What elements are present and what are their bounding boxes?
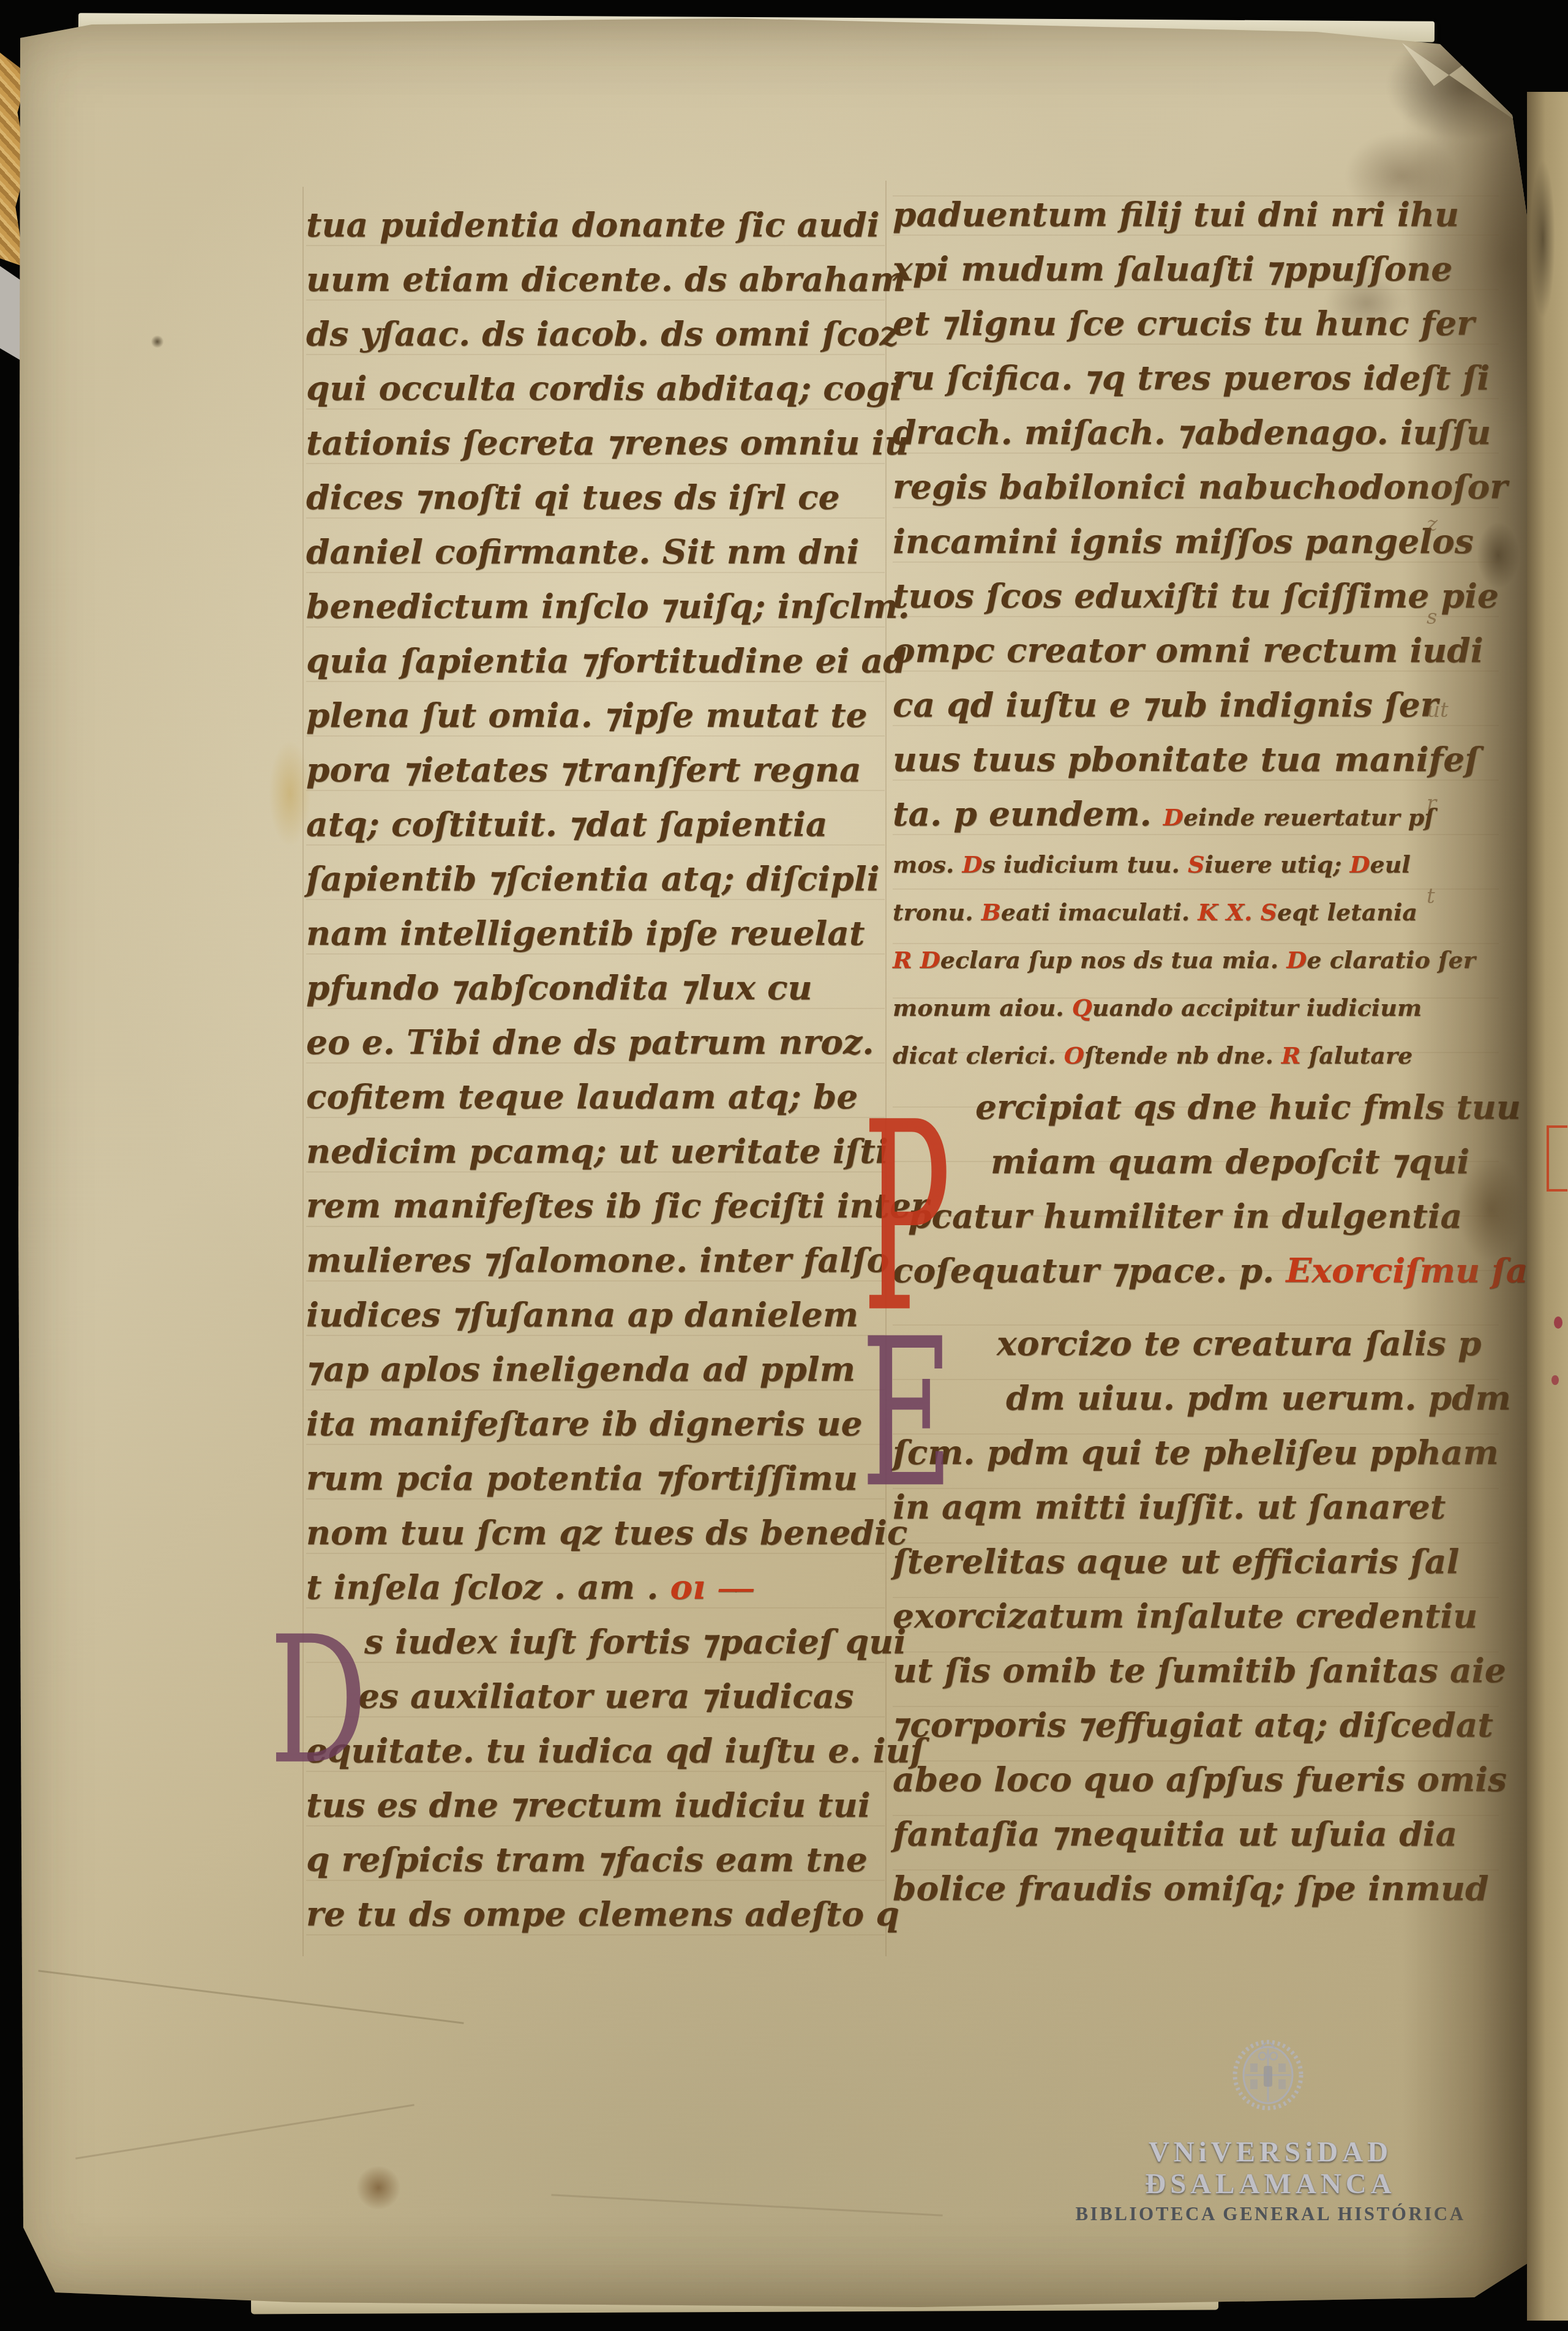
rubric-text: K X. S (1198, 898, 1277, 926)
ink-text: nam intelligentib ipſe reuelat (306, 913, 865, 953)
manuscript-line: ⁊ap aplos ineligenda ad pplm (306, 1342, 885, 1396)
manuscript-line: es auxiliator uera ⁊iudicas (358, 1668, 885, 1723)
ink-text: dm uiuu. pdm uerum. pdm (1006, 1378, 1511, 1417)
ink-text: ta. p eundem. (893, 794, 1163, 833)
parchment-crease (75, 2104, 415, 2160)
stain-bottom-left (354, 2166, 403, 2209)
ink-text: s iudex iuſt fortis ⁊pacieſ qui (364, 1621, 906, 1661)
ink-text: dices ⁊noſti qi tues ds iſrl ce (306, 477, 840, 517)
photo-background: tua puidentia donante ſic audiuum etiam … (0, 0, 1568, 2331)
manuscript-line: rem manifeſtes ib ſic feciſti inter (306, 1178, 885, 1233)
ink-text: et ⁊lignu ſce crucis tu hunc fer (893, 303, 1474, 343)
manuscript-line: pora ⁊ietates ⁊tranſfert regna (306, 742, 885, 797)
manuscript-line: in aqm mitti iuſſit. ut ſanaret (893, 1479, 1499, 1534)
rubric-text: Q (1072, 994, 1092, 1021)
manuscript-line: iudices ⁊ſuſanna ap danielem (306, 1287, 885, 1342)
ink-text: abeo loco quo aſpſus fueris omis (893, 1759, 1507, 1799)
ink-text: ca qd iuſtu e ⁊ub indignis ſer (893, 685, 1438, 724)
ink-text: eul (1370, 850, 1411, 878)
ink-text: qui occulta cordis abditaq; cogi (306, 368, 902, 408)
manuscript-line: regis babilonici nabuchodonoſor (893, 459, 1499, 514)
manuscript-line: incamini ignis miſſos pangelos (893, 514, 1499, 568)
ink-text: nedicim pcamq; ut ueritate iſti (306, 1131, 888, 1171)
ink-text: coſequatur ⁊pace. p. (893, 1250, 1286, 1290)
ink-text: quia ſapientia ⁊fortitudine ei ad (306, 640, 907, 680)
ink-text: eclara ſup nos ds tua mia. (940, 946, 1287, 974)
ink-text: ompc creator omni rectum iudi (893, 630, 1484, 670)
manuscript-line: mos. Ds iudicium tuu. Siuere utiq; Deul (893, 841, 1499, 888)
ink-text: paduentum filij tui dni nri ihu (893, 194, 1459, 234)
manuscript-line: nom tuu ſcm qz tues ds benedic (306, 1505, 885, 1560)
ink-text: pora ⁊ietates ⁊tranſfert regna (306, 749, 861, 789)
parchment-crease (38, 1970, 463, 2024)
manuscript-line: rum pcia potentia ⁊fortiſſimu (306, 1451, 885, 1505)
manuscript-line: s iudex iuſt fortis ⁊pacieſ qui (364, 1614, 885, 1668)
ink-text: in aqm mitti iuſſit. ut ſanaret (893, 1487, 1446, 1526)
ink-text: iuere utiq; (1204, 850, 1349, 878)
adjacent-page-red-initial (1547, 1125, 1567, 1192)
manuscript-line: mulieres ⁊ſalomone. inter falſo (306, 1233, 885, 1287)
manuscript-line: exorcizatum inſalute credentiu (893, 1588, 1499, 1643)
ink-text: ſapientib ⁊ſcientia atq; diſcipli (306, 858, 879, 898)
ink-text: dicat clerici. (893, 1042, 1064, 1069)
ink-text: q reſpicis tram ⁊facis eam tne (306, 1839, 868, 1879)
manuscript-line: tus es dne ⁊rectum iudiciu tui (306, 1777, 885, 1832)
ink-text: xpi mudum ſaluaſti ⁊ppuſſone (893, 249, 1452, 288)
rubric-text: R (893, 946, 920, 974)
ink-text: miam quam depoſcit ⁊qui (991, 1141, 1469, 1181)
manuscript-line: ut ſis omib te ſumitib ſanitas aie (893, 1643, 1499, 1697)
ink-text: plena ſut omia. ⁊ipſe mutat te (306, 695, 868, 735)
manuscript-line: atq; coſtituit. ⁊dat ſapientia (306, 797, 885, 851)
ink-text: pfundo ⁊abſcondita ⁊lux cu (306, 967, 812, 1007)
ink-text: uando accipitur iudicium (1092, 994, 1422, 1021)
rubric-text: Exorciſmu ſal. (1286, 1250, 1552, 1290)
ink-text: ſalutare (1300, 1042, 1412, 1069)
ink-text: rum pcia potentia ⁊fortiſſimu (306, 1458, 858, 1498)
adjacent-page-red-mark (1554, 1316, 1562, 1329)
manuscript-line: tua puidentia donante ſic audi (306, 197, 885, 252)
ink-text: atq; coſtituit. ⁊dat ſapientia (306, 804, 828, 844)
ink-text: incamini ignis miſſos pangelos (893, 521, 1474, 561)
ink-text: equitate. tu iudica qd iuſtu e. iuſ (306, 1730, 925, 1770)
manuscript-line: ds yſaac. ds iacob. ds omni ſcoz (306, 306, 885, 361)
manuscript-line: xorcizo te creatura ſalis p (997, 1316, 1499, 1370)
university-seal-icon (1232, 2039, 1304, 2111)
ink-text: cofitem teque laudam atq; be (306, 1076, 858, 1116)
ink-text: exorcizatum inſalute credentiu (893, 1596, 1477, 1635)
rubric-text: S (1188, 850, 1204, 878)
manuscript-line: dm uiuu. pdm uerum. pdm (1006, 1370, 1499, 1425)
manuscript-line: quia ſapientia ⁊fortitudine ei ad (306, 633, 885, 688)
stain-small-dot (151, 336, 164, 348)
folded-corner (1397, 36, 1520, 127)
manuscript-line: ſterelitas aque ut efficiaris ſal (893, 1534, 1499, 1588)
manuscript-line: uus tuus pbonitate tua manifeſ (893, 732, 1499, 786)
ink-text: fantaſia ⁊nequitia ut uſuia dia (893, 1814, 1457, 1853)
ink-text: benedictum inſclo ⁊uiſq; inſclm. (306, 586, 910, 626)
manuscript-line: plena ſut omia. ⁊ipſe mutat te (306, 688, 885, 742)
manuscript-line: ſcm. pdm qui te pheliſeu ppham (893, 1425, 1499, 1479)
ink-text: ut ſis omib te ſumitib ſanitas aie (893, 1650, 1506, 1690)
ink-text: nom tuu ſcm qz tues ds benedic (306, 1512, 907, 1552)
rubric-text: D (1163, 803, 1184, 831)
manuscript-line: bolice fraudis omiſq; ſpe inmud (893, 1861, 1499, 1915)
manuscript-line: nam intelligentib ipſe reuelat (306, 906, 885, 960)
ink-text: uum etiam dicente. ds abraham (306, 259, 906, 299)
manuscript-line: monum aiou. Quando accipitur iudicium (893, 984, 1499, 1032)
manuscript-line: equitate. tu iudica qd iuſtu e. iuſ (306, 1723, 885, 1777)
adjacent-page-red-mark (1551, 1375, 1559, 1385)
ink-text: ⁊corporis ⁊effugiat atq; diſcedat (893, 1705, 1493, 1744)
manuscript-line: ſapientib ⁊ſcientia atq; diſcipli (306, 851, 885, 906)
manuscript-line: xpi mudum ſaluaſti ⁊ppuſſone (893, 241, 1499, 296)
manuscript-line: R Declara ſup nos ds tua mia. De clarati… (893, 936, 1499, 984)
manuscript-line: benedictum inſclo ⁊uiſq; inſclm. (306, 579, 885, 633)
manuscript-line: miam quam depoſcit ⁊qui (991, 1134, 1499, 1188)
adjacent-page-edge (1527, 92, 1568, 2321)
ink-text: tus es dne ⁊rectum iudiciu tui (306, 1785, 871, 1825)
manuscript-line: uum etiam dicente. ds abraham (306, 252, 885, 306)
margin-ink-traces: z s ut r t (1427, 478, 1449, 943)
manuscript-line: ercipiat qs dne huic fmls tuu (975, 1079, 1499, 1134)
ink-text: ⁊ap aplos ineligenda ad pplm (306, 1349, 855, 1389)
ink-text: eati imaculati. (1001, 898, 1198, 926)
ink-text: uus tuus pbonitate tua manifeſ (893, 739, 1479, 779)
manuscript-line: cofitem teque laudam atq; be (306, 1069, 885, 1124)
manuscript-line: et ⁊lignu ſce crucis tu hunc fer (893, 296, 1499, 350)
ink-text: s iudicium tuu. (982, 850, 1188, 878)
adjacent-page-stain (1531, 159, 1555, 318)
manuscript-line: t inſela ſcloz . am . oı ⎯⎯ (306, 1560, 885, 1614)
ink-text: e claratio ſer (1307, 946, 1475, 974)
ink-text: einde reuertatur pſ (1184, 803, 1435, 831)
ink-text: drach. miſach. ⁊abdenago. iuſſu (893, 412, 1491, 452)
manuscript-page: tua puidentia donante ſic audiuum etiam … (0, 0, 1568, 2331)
ink-text: iudices ⁊ſuſanna ap danielem (306, 1294, 858, 1334)
manuscript-line: paduentum filij tui dni nri ihu (893, 187, 1499, 241)
manuscript-line: ta. p eundem. Deinde reuertatur pſ (893, 786, 1499, 841)
manuscript-line: pcatur humiliter in dulgentia (908, 1188, 1499, 1243)
ink-text: bolice fraudis omiſq; ſpe inmud (893, 1868, 1488, 1908)
ink-text: tuos ſcos eduxiſti tu ſciſſime pie (893, 576, 1499, 615)
manuscript-line: ita manifeſtare ib digneris ue (306, 1396, 885, 1451)
ink-text: ſcm. pdm qui te pheliſeu ppham (893, 1432, 1499, 1472)
manuscript-line: nedicim pcamq; ut ueritate iſti (306, 1124, 885, 1178)
manuscript-line: pfundo ⁊abſcondita ⁊lux cu (306, 960, 885, 1015)
rubric-text: O (1064, 1042, 1084, 1069)
manuscript-line: drach. miſach. ⁊abdenago. iuſſu (893, 405, 1499, 459)
manuscript-line: ru ſcifica. ⁊q tres pueros ideſt ſi (893, 350, 1499, 405)
watermark-library-name: BIBLIOTECA GENERAL HISTÓRICA (1068, 2203, 1472, 2225)
rubric-text: D (962, 850, 982, 878)
ink-text: mos. (893, 850, 962, 878)
manuscript-line: ⁊corporis ⁊effugiat atq; diſcedat (893, 1697, 1499, 1752)
ink-text: ru ſcifica. ⁊q tres pueros ideſt ſi (893, 358, 1490, 397)
manuscript-line: tuos ſcos eduxiſti tu ſciſſime pie (893, 568, 1499, 623)
watermark-university-name: VNiVERSiDAD (1084, 2136, 1457, 2169)
ink-text: ſterelitas aque ut efficiaris ſal (893, 1541, 1459, 1581)
ink-text: rem manifeſtes ib ſic feciſti inter (306, 1185, 929, 1225)
manuscript-line: dices ⁊noſti qi tues ds iſrl ce (306, 470, 885, 524)
manuscript-line: dicat clerici. Oſtende nb dne. R ſalutar… (893, 1032, 1499, 1079)
ink-text: mulieres ⁊ſalomone. inter falſo (306, 1240, 889, 1280)
ink-text: ita manifeſtare ib digneris ue (306, 1403, 863, 1443)
ink-text: monum aiou. (893, 994, 1072, 1021)
ink-text: re tu ds ompe clemens adeſto q (306, 1894, 899, 1934)
manuscript-line: abeo loco quo aſpſus fueris omis (893, 1752, 1499, 1806)
rubric-text: oı ⎯⎯ (670, 1567, 751, 1607)
text-column-left: tua puidentia donante ſic audiuum etiam … (306, 197, 885, 1941)
manuscript-line: tationis ſecreta ⁊renes omniu iu (306, 415, 885, 470)
text-column-right: paduentum filij tui dni nri ihuxpi mudum… (893, 187, 1499, 1915)
ink-text: tua puidentia donante ſic audi (306, 205, 880, 244)
manuscript-line: coſequatur ⁊pace. p. Exorciſmu ſal. (893, 1243, 1499, 1297)
watermark-university-name-2: ĐSALAMANCA (1084, 2168, 1457, 2201)
manuscript-line: q reſpicis tram ⁊facis eam tne (306, 1832, 885, 1886)
manuscript-line: daniel cofirmante. Sit nm dni (306, 524, 885, 579)
ink-text: eo e. Tibi dne ds patrum nroz. (306, 1022, 874, 1062)
manuscript-line: qui occulta cordis abditaq; cogi (306, 361, 885, 415)
ink-text: eqt letania (1277, 898, 1417, 926)
rubric-text: R (1281, 1042, 1301, 1069)
illuminated-initial-e: E (861, 1296, 953, 1533)
rubric-text: B (981, 898, 1001, 926)
ink-text: xorcizo te creatura ſalis p (997, 1323, 1481, 1363)
manuscript-line: tronu. Beati imaculati. K X. Seqt letani… (893, 888, 1499, 936)
ink-text: tronu. (893, 898, 981, 926)
manuscript-line: ompc creator omni rectum iudi (893, 623, 1499, 677)
manuscript-line: fantaſia ⁊nequitia ut uſuia dia (893, 1806, 1499, 1861)
ink-text: tationis ſecreta ⁊renes omniu iu (306, 422, 909, 462)
rubric-text: D (920, 946, 940, 974)
parchment-crease (551, 2194, 942, 2216)
rubric-text: D (1350, 850, 1370, 878)
manuscript-line: re tu ds ompe clemens adeſto q (306, 1886, 885, 1941)
ink-text: ſtende nb dne. (1084, 1042, 1281, 1069)
manuscript-line: eo e. Tibi dne ds patrum nroz. (306, 1015, 885, 1069)
illuminated-initial-d: D (269, 1599, 367, 1803)
ink-text: es auxiliator uera ⁊iudicas (358, 1676, 853, 1716)
ink-text: daniel cofirmante. Sit nm dni (306, 531, 860, 571)
ink-text: ercipiat qs dne huic fmls tuu (975, 1087, 1521, 1127)
ink-text: regis babilonici nabuchodonoſor (893, 467, 1507, 506)
rubric-text: D (1286, 946, 1307, 974)
ink-text: ds yſaac. ds iacob. ds omni ſcoz (306, 313, 899, 353)
ink-text: pcatur humiliter in dulgentia (908, 1196, 1462, 1236)
manuscript-line: ca qd iuſtu e ⁊ub indignis ſer (893, 677, 1499, 732)
